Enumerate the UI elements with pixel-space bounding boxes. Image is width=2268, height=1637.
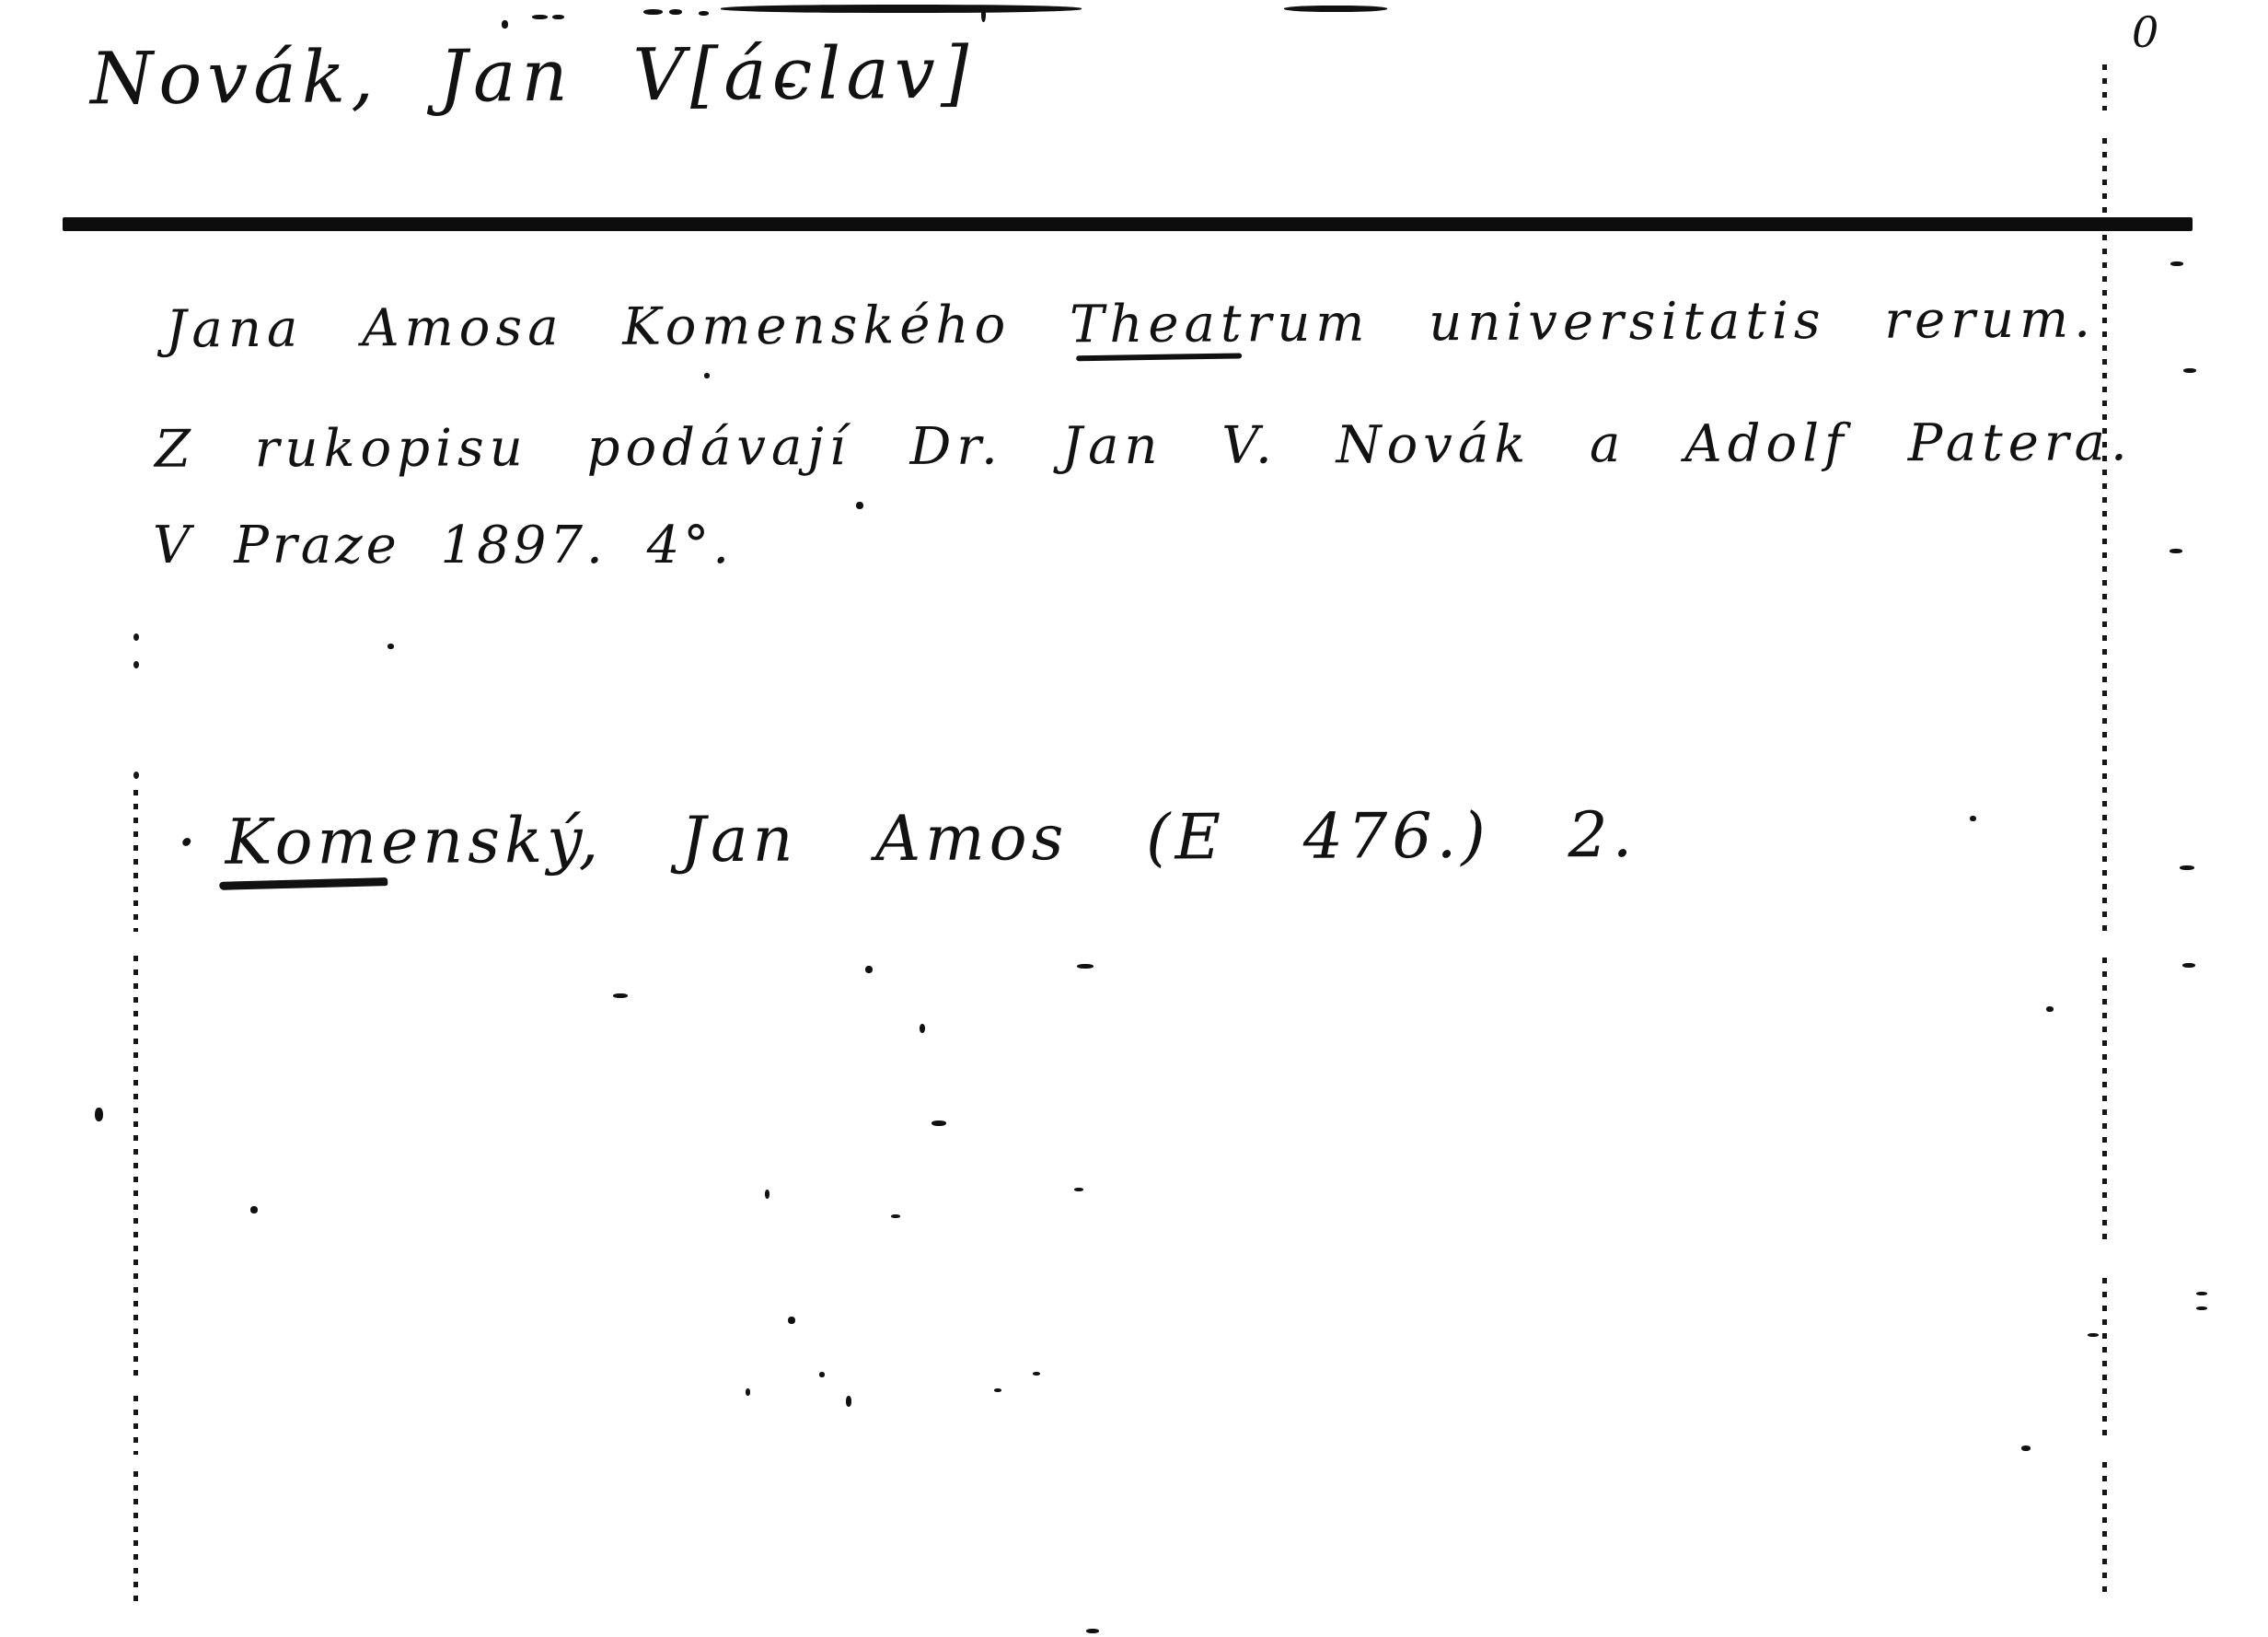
- reference-prefix-mark: ·: [177, 807, 202, 879]
- scan-speckle: [2170, 549, 2182, 553]
- scan-speckle: [1074, 1188, 1083, 1191]
- reference-line: ·Komenský, Jan Amos (E 476.) 2.: [177, 799, 1637, 879]
- entry-line-3: V Praze 1897. 4°.: [153, 516, 733, 575]
- scan-speckle: [699, 11, 709, 16]
- reference-rest: enský, Jan Amos (E 476.) 2.: [381, 799, 1637, 878]
- scan-speckle: [643, 9, 663, 15]
- scan-speckle: [613, 993, 628, 998]
- scan-speckle: [891, 1214, 900, 1218]
- scan-speckle: [552, 15, 564, 19]
- scan-speckle: [1970, 816, 1976, 821]
- scan-speckle: [388, 644, 394, 649]
- left-margin-dotted-line: [133, 1471, 138, 1602]
- left-margin-dotted-line-dot: [133, 661, 139, 668]
- scan-speckle: [2046, 1006, 2054, 1012]
- scan-speckle: [865, 966, 873, 973]
- entry-line-1-post: universitatis rerum.: [1370, 290, 2096, 354]
- scan-speckle: [1033, 1372, 1040, 1376]
- scan-speckle: [2196, 1292, 2207, 1295]
- scan-speckle: [846, 1396, 851, 1407]
- scan-speckle: [819, 1372, 825, 1377]
- scan-speckle: [2170, 261, 2183, 266]
- left-margin-dotted-line: [133, 956, 138, 1379]
- scan-speckle: [669, 9, 682, 15]
- left-margin-dotted-line: [133, 1396, 138, 1455]
- card-heading: Novák, Jan V[áclav]: [90, 32, 975, 122]
- scan-speckle: [981, 6, 986, 22]
- scan-speckle: [2182, 963, 2195, 968]
- reference-underlined-name: Kom: [225, 806, 381, 879]
- underlined-title-word: Theatrum: [1070, 294, 1371, 355]
- catalog-card-scan: 0 Novák, Jan V[áclav] Jana Amosa Komensk…: [0, 0, 2268, 1637]
- scan-speckle: [856, 502, 863, 509]
- right-margin-dotted-line: [2102, 1462, 2107, 1597]
- scan-speckle: [765, 1190, 769, 1199]
- scan-speckle: [2088, 1333, 2099, 1337]
- scan-speckle: [502, 20, 508, 29]
- scan-speckle: [721, 5, 1082, 13]
- scan-speckle: [2021, 1445, 2031, 1451]
- corner-mark: 0: [2132, 7, 2158, 57]
- entry-line-2: Z rukopisu podávají Dr. Jan V. Novák a A…: [155, 412, 2133, 480]
- scan-speckle: [95, 1108, 103, 1121]
- scan-speckle: [532, 15, 548, 19]
- scan-speckle: [1284, 6, 1387, 12]
- scan-speckle: [1086, 1629, 1099, 1633]
- heading-rule: [63, 217, 2193, 231]
- scan-speckle: [920, 1024, 925, 1033]
- right-margin-dotted-line: [2102, 1278, 2107, 1436]
- entry-line-1-pre: Jana Amosa Komenského: [166, 295, 1070, 359]
- right-margin-dotted-line: [2102, 64, 2107, 110]
- scan-speckle: [250, 1206, 258, 1213]
- right-margin-dotted-line: [2102, 958, 2107, 1248]
- scan-speckle: [2183, 368, 2196, 373]
- scan-speckle: [788, 1317, 795, 1324]
- scan-speckle: [2180, 865, 2194, 870]
- scan-speckle: [1077, 964, 1093, 969]
- left-margin-dotted-line: [133, 790, 138, 932]
- scan-speckle: [746, 1388, 750, 1396]
- scan-speckle: [931, 1120, 946, 1126]
- scan-speckle: [704, 373, 710, 378]
- scan-speckle: [994, 1388, 1001, 1392]
- left-margin-dotted-line-dot: [133, 633, 139, 641]
- left-margin-dotted-line-dot: [133, 772, 139, 779]
- scan-speckle: [2196, 1306, 2207, 1310]
- entry-line-1: Jana Amosa Komenského Theatrum universit…: [166, 290, 2096, 360]
- right-margin-dotted-line: [2102, 138, 2107, 935]
